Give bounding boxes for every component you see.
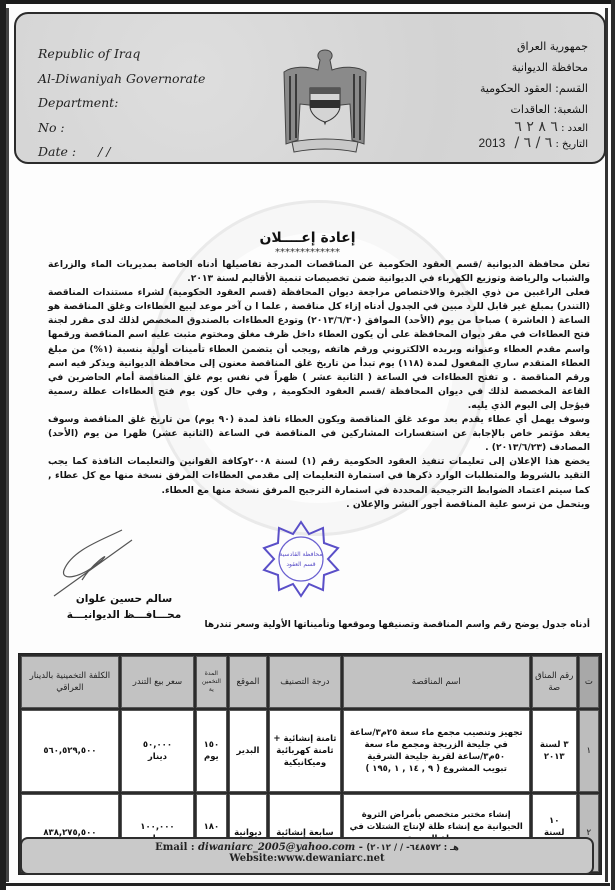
tender-no-line: ٣ لسنة	[535, 739, 574, 751]
number-line-ar: العدد : ٦ ٨ ٢ ٦	[348, 120, 588, 136]
governorate-ar: محافظة الديوانية	[348, 57, 588, 78]
cell-classification: ثامنة إنشائية + ثامنة كهربائية وميكانيكي…	[269, 710, 340, 792]
number-value-handwritten: ٦ ٨ ٢ ٦	[514, 119, 557, 135]
notice-title: إعادة إعــــلان	[0, 230, 615, 246]
tender-no-year: ٢٠١٣	[535, 751, 574, 763]
col-tender-name: اسم المناقصة	[343, 656, 530, 708]
phone-ar: هـ : ٦٤٨٥٧٢- / / ٢٠١٢)	[366, 843, 459, 853]
date-line-en: Date : / /	[38, 140, 205, 165]
governorate-en: Al-Diwaniyah Governorate	[38, 67, 205, 92]
signature-scribble-icon	[52, 520, 142, 600]
section-ar: الشعبة: العاقدات	[348, 99, 588, 120]
cell-duration: ١٥٠ يوم	[196, 710, 227, 792]
page-border-left	[6, 8, 9, 882]
number-label-ar: العدد :	[561, 123, 588, 134]
tender-name-line: الحيوانية مع إنشاء ظلة لإنتاج الشتلات في	[346, 821, 527, 833]
paragraph-intro: تعلن محافظة الديوانية /قسم العقود الحكوم…	[48, 258, 590, 286]
col-tender-price: سعر بيع التندر	[121, 656, 194, 708]
tender-name-line: ٥٠م٣/ساعة لقرية جليحة الشرقية	[346, 751, 527, 763]
cell-estimated-cost: ٥٦٠,٥٢٩,٥٠٠	[21, 710, 119, 792]
tender-name-line: في جليحة الزريجة ومجمع ماء سعة	[346, 739, 527, 751]
duration-value: ١٨٠	[199, 821, 224, 833]
col-estimated-cost: الكلفة التخمينية بالدينار العراقي	[21, 656, 119, 708]
table-row: ١ ٣ لسنة ٢٠١٣ تجهيز وتنصيب مجمع ماء سعة …	[21, 710, 599, 792]
department-label-en: Department:	[38, 91, 205, 116]
letterhead: Republic of Iraq Al-Diwaniyah Governorat…	[14, 12, 606, 164]
tender-project-code: تبويب المشروع ( ٩ , ١٤ , ١ ,١٩٥ )	[346, 763, 527, 775]
governor-signature-block: سالم حسين علوان محـــافـــظ الديوانيـــة	[64, 591, 184, 623]
price-value: ٥٠,٠٠٠	[124, 739, 191, 751]
date-placeholder-en: / /	[98, 144, 110, 159]
scan-edge-right	[611, 0, 615, 890]
duration-unit: يوم	[199, 751, 224, 763]
col-classification: درجة التصنيف	[269, 656, 340, 708]
cell-tender-price: ٥٠,٠٠٠ دينار	[121, 710, 194, 792]
no-label-en: No :	[38, 116, 205, 141]
department-ar: القسم: العقود الحكومية	[348, 78, 588, 99]
footer-email-line: Email : diwaniarc_2005@yahoo.com - هـ : …	[22, 842, 592, 853]
footer-contact: Email : diwaniarc_2005@yahoo.com - هـ : …	[20, 837, 594, 875]
date-label-en: Date :	[38, 144, 76, 159]
cell-location: البدير	[229, 710, 268, 792]
paragraph-validity: وسوف يهمل أي عطاء يقدم بعد موعد غلق المن…	[48, 413, 590, 455]
svg-text:قسم العقود: قسم العقود	[286, 561, 315, 568]
tender-no-line: ١٠	[535, 815, 574, 827]
official-stamp-icon: محافظة القادسية قسم العقود	[262, 520, 340, 598]
letterhead-english: Republic of Iraq Al-Diwaniyah Governorat…	[38, 42, 205, 165]
date-year: 2013	[479, 136, 506, 150]
paragraph-costs: ويتحمل من ترسو علية المناقصة أجور النشر …	[48, 498, 590, 512]
date-label-ar: التاريخ :	[555, 139, 588, 150]
email-link[interactable]: diwaniarc_2005@yahoo.com	[198, 842, 355, 853]
col-duration: المدة التخمين ية	[196, 656, 227, 708]
paragraph-regulations: يخضع هذا الإعلان إلى تعليمات تنفيذ العقو…	[48, 455, 590, 497]
svg-text:محافظة القادسية: محافظة القادسية	[280, 551, 323, 558]
footer-separator: -	[359, 842, 363, 853]
notice-body: تعلن محافظة الديوانية /قسم العقود الحكوم…	[48, 258, 590, 512]
col-location: الموقع	[229, 656, 268, 708]
paragraph-terms: فعلى الراغبين من ذوي الخبرة والاختصاص مر…	[48, 286, 590, 413]
price-value: ١٠٠,٠٠٠	[124, 821, 191, 833]
tender-name-line: تجهيز وتنصيب مجمع ماء سعة ٢٥م٣/ساعة	[346, 727, 527, 739]
letterhead-arabic: جمهورية العراق محافظة الديوانية القسم: ا…	[348, 36, 588, 152]
table-header-row: ت رقم المناق صة اسم المناقصة درجة التصني…	[21, 656, 599, 708]
col-seq: ت	[579, 656, 599, 708]
cell-tender-no: ٣ لسنة ٢٠١٣	[532, 710, 577, 792]
tender-name-line: إنشاء مختبر متخصص بأمراض الثروة	[346, 809, 527, 821]
cell-seq: ١	[579, 710, 599, 792]
email-label: Email :	[155, 842, 194, 853]
page-border-bottom	[6, 883, 610, 886]
col-tender-no: رقم المناق صة	[532, 656, 577, 708]
governor-name: سالم حسين علوان	[64, 591, 184, 607]
duration-value: ١٥٠	[199, 739, 224, 751]
cell-tender-name: تجهيز وتنصيب مجمع ماء سعة ٢٥م٣/ساعة في ج…	[343, 710, 530, 792]
table-intro: أدناه جدول يوضح رقم واسم المناقصة وتصنيف…	[48, 620, 590, 630]
title-stars: *************	[0, 247, 615, 258]
price-currency: دينار	[124, 751, 191, 763]
country-ar: جمهورية العراق	[348, 36, 588, 57]
document-page: Republic of Iraq Al-Diwaniyah Governorat…	[0, 0, 615, 890]
website-link[interactable]: Website:www.dewaniarc.net	[22, 853, 592, 864]
scan-edge-top	[0, 0, 615, 4]
country-en: Republic of Iraq	[38, 42, 205, 67]
date-line-ar: التاريخ : ٦ / ٦ / 2013	[348, 136, 588, 152]
date-value-handwritten: ٦ / ٦ /	[514, 135, 552, 151]
